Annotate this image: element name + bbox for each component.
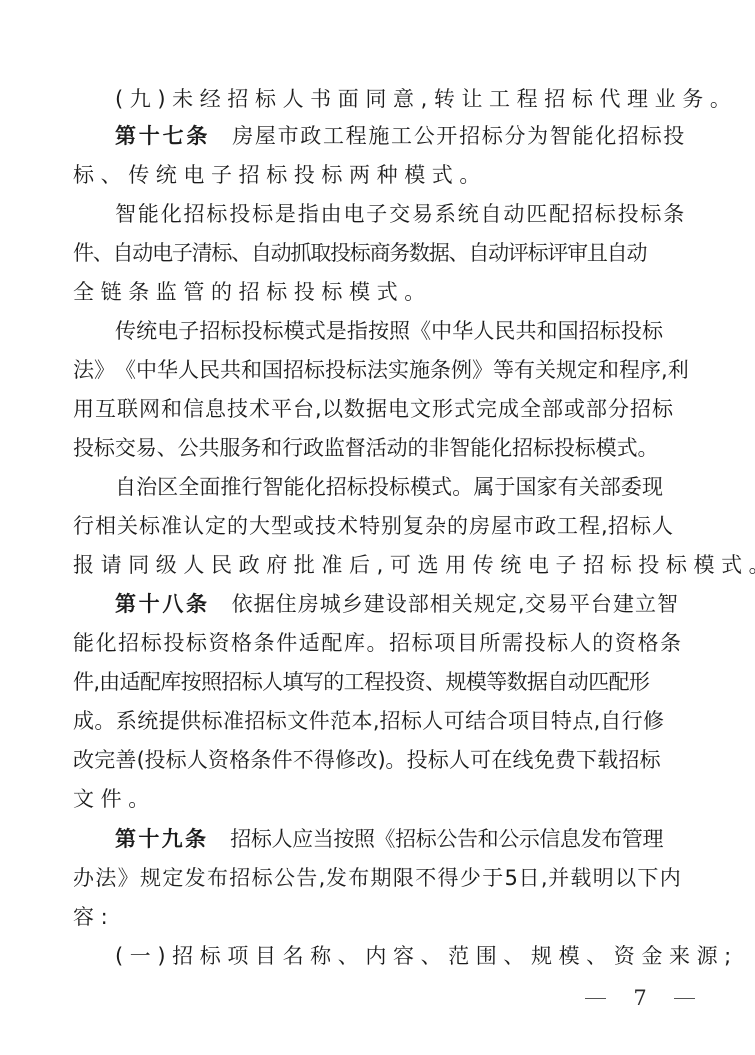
page-number-dash-right xyxy=(674,998,695,999)
text-line: 改 完 善 ( 投 标 人 资 格 条 件 不 得 修 改 ) 。 投 标 人 … xyxy=(73,747,684,773)
article-17-heading-line: 第十七条房 屋 市 政 工 程 施 工 公 开 招 标 分 为 智 能 化 招 … xyxy=(115,123,684,149)
page-number-value: 7 xyxy=(633,986,646,1010)
text-line-item-9: (九)未经招标人书面同意,转让工程招标代理业务。 xyxy=(115,86,684,112)
text-line: 办 法 》 规 定 发 布 招 标 公 告 , 发 布 期 限 不 得 少 于 … xyxy=(73,865,684,891)
text-line: 报请同级人民政府批准后,可选用传统电子招标投标模式。 xyxy=(73,552,684,578)
text-line: 智 能 化 招 标 投 标 是 指 由 电 子 交 易 系 统 自 动 匹 配 … xyxy=(115,201,684,227)
document-page: (九)未经招标人书面同意,转让工程招标代理业务。 第十七条房 屋 市 政 工 程… xyxy=(0,0,755,1055)
text-line: 标、传统电子招标投标两种模式。 xyxy=(73,162,684,188)
article-17-label: 第十七条 xyxy=(115,124,210,148)
text-line: 文件。 xyxy=(73,786,684,812)
page-number-dash-left xyxy=(585,998,606,999)
text-line: 件 、 自 动 电 子 清 标 、 自 动 抓 取 投 标 商 务 数 据 、 … xyxy=(73,240,684,266)
text-line: 成 。 系 统 提 供 标 准 招 标 文 件 范 本 , 招 标 人 可 结 … xyxy=(73,708,684,734)
text-line-item-1: (一)招标项目名称、内容、范围、规模、资金来源; xyxy=(115,943,684,969)
article-19-label: 第十九条 xyxy=(115,827,208,851)
article-19-heading-line: 第十九条招 标 人 应 当 按 照 《 招 标 公 告 和 公 示 信 息 发 … xyxy=(115,826,684,852)
text-line: 容: xyxy=(73,904,684,930)
text-line: 件 , 由 适 配 库 按 照 招 标 人 填 写 的 工 程 投 资 、 规 … xyxy=(73,669,684,695)
article-18-heading-line: 第十八条依 据 住 房 城 乡 建 设 部 相 关 规 定 , 交 易 平 台 … xyxy=(115,591,684,617)
text-line: 投 标 交 易 、 公 共 服 务 和 行 政 监 督 活 动 的 非 智 能 … xyxy=(73,435,684,461)
article-18-label: 第十八条 xyxy=(115,592,210,616)
text-line: 用 互 联 网 和 信 息 技 术 平 台 , 以 数 据 电 文 形 式 完 … xyxy=(73,396,684,422)
text-line: 能 化 招 标 投 标 资 格 条 件 适 配 库 。 招 标 项 目 所 需 … xyxy=(73,630,684,656)
text-line: 行 相 关 标 准 认 定 的 大 型 或 技 术 特 别 复 杂 的 房 屋 … xyxy=(73,513,684,539)
text-line: 法 》 《 中 华 人 民 共 和 国 招 标 投 标 法 实 施 条 例 》 … xyxy=(73,357,684,383)
text-line: 自 治 区 全 面 推 行 智 能 化 招 标 投 标 模 式 。 属 于 国 … xyxy=(115,474,684,500)
page-number: 7 xyxy=(585,983,695,1013)
text-line: 全链条监管的招标投标模式。 xyxy=(73,279,684,305)
text-line: 传 统 电 子 招 标 投 标 模 式 是 指 按 照 《 中 华 人 民 共 … xyxy=(115,318,684,344)
